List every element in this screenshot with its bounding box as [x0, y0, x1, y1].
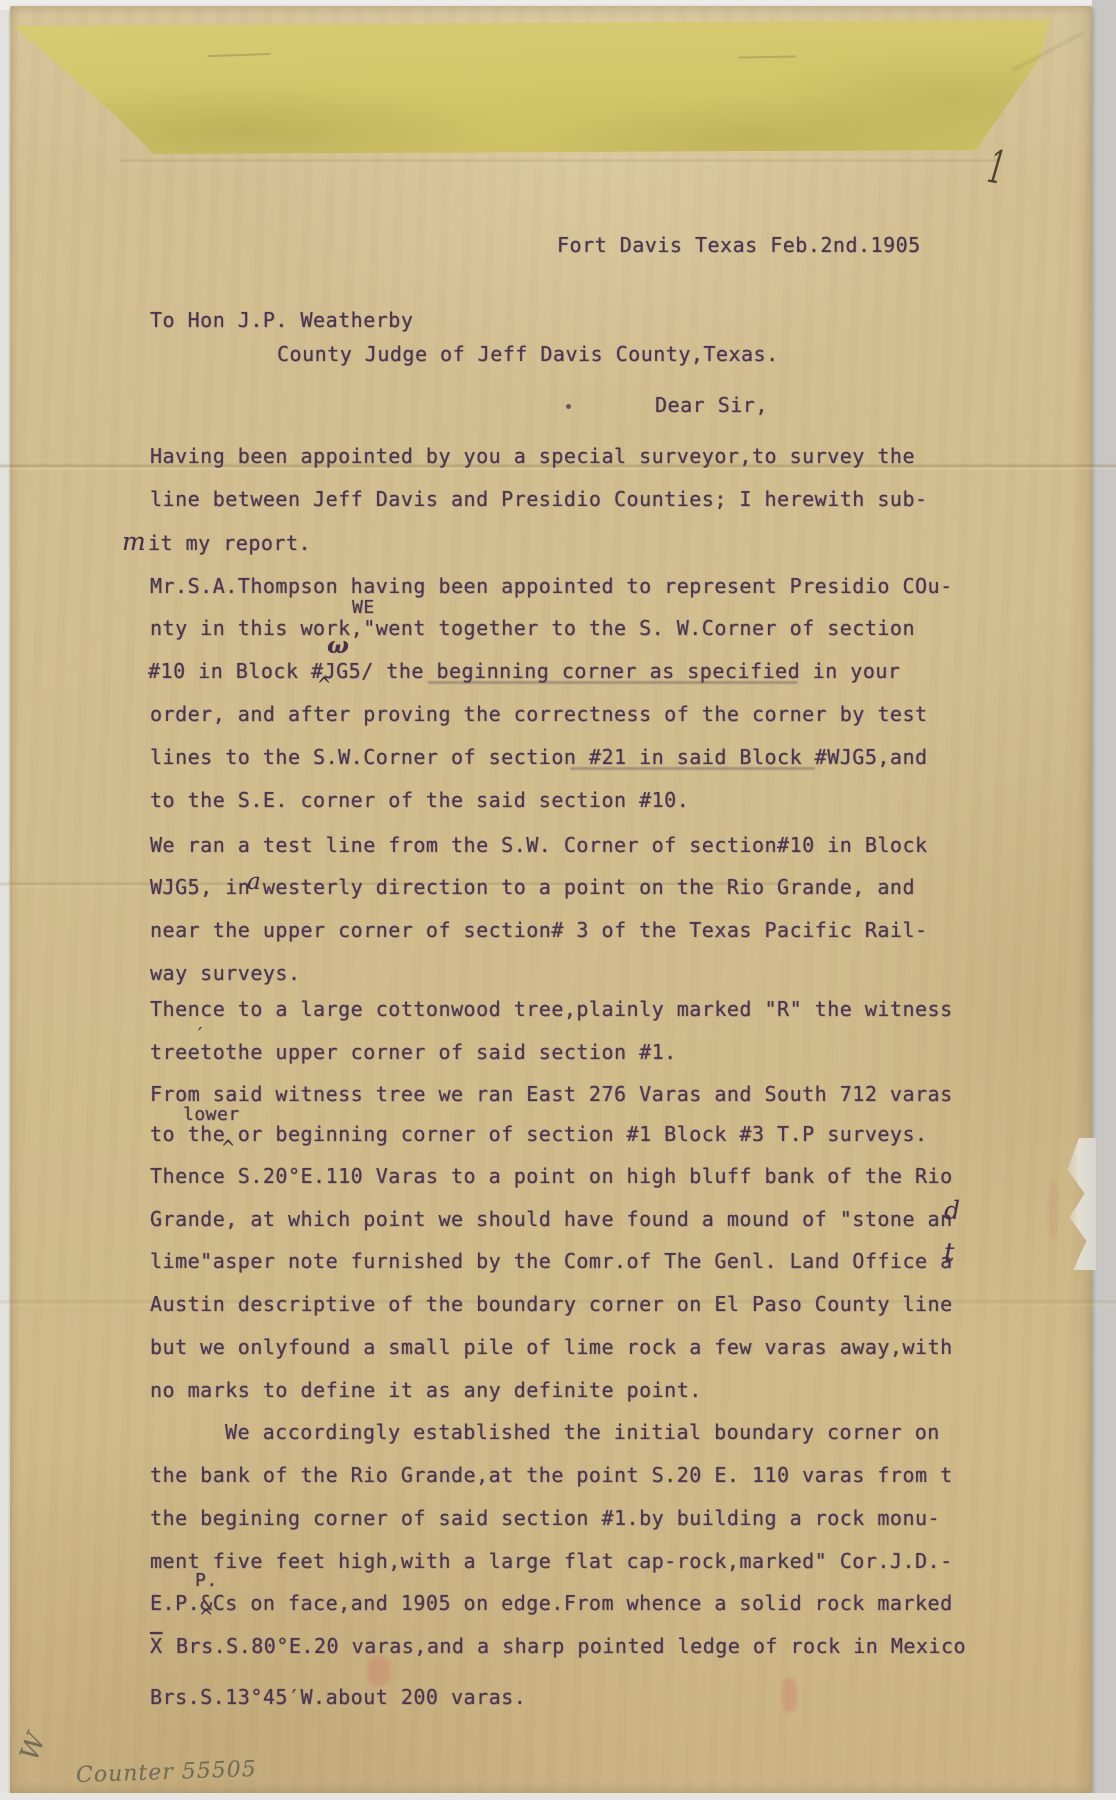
salutation: Dear Sir, — [655, 393, 768, 417]
stray-ink-dot — [566, 404, 571, 409]
recipient-title: County Judge of Jeff Davis County,Texas. — [277, 342, 779, 366]
scanned-letter-page: Fort Davis Texas Feb.2nd.1905 To Hon J.P… — [0, 0, 1116, 1800]
typed-line: #10 in Block #JG5/ the beginning corner … — [148, 659, 900, 683]
typed-line: but we onlyfound a small pile of lime ro… — [150, 1335, 953, 1359]
recipient-name: To Hon J.P. Weatherby — [150, 308, 413, 332]
handwritten-t: t — [944, 1238, 954, 1268]
typed-line: way surveys. — [150, 961, 301, 985]
scan-background-right — [1092, 0, 1116, 1800]
typed-line: lines to the S.W.Corner of section #21 i… — [150, 745, 928, 769]
typed-line: E.P.&Cs on face,and 1905 on edge.From wh… — [150, 1591, 953, 1615]
typed-line: order, and after proving the correctness… — [150, 702, 928, 726]
typed-line: We ran a test line from the S.W. Corner … — [150, 833, 928, 857]
typed-line: Brs.S.13°45′W.about 200 varas. — [150, 1685, 526, 1709]
typed-insertion-we: WE — [352, 597, 375, 618]
pink-smudge — [368, 1656, 390, 1686]
typed-line: Thence to a large cottonwood tree,plainl… — [150, 997, 953, 1021]
ink-smear — [570, 767, 815, 770]
typed-line: We accordingly established the initial b… — [225, 1420, 940, 1444]
typed-line: to the or beginning corner of section #1… — [150, 1122, 928, 1146]
typed-line: Brs.S.80°E.20 varas,and a sharp pointed … — [176, 1634, 966, 1658]
typed-line: no marks to define it as any definite po… — [150, 1378, 702, 1402]
typed-line: Thence S.20°E.110 Varas to a point on hi… — [150, 1164, 953, 1188]
handwritten-w-omega: ω — [327, 632, 349, 659]
handwritten-m: m — [122, 527, 146, 556]
handwritten-a: a — [247, 869, 261, 895]
typed-insertion-p: P. — [195, 1570, 218, 1591]
handwritten-caret: ^ — [199, 1606, 213, 1631]
flap-edge-shadow — [120, 158, 1000, 165]
ink-smear — [428, 681, 798, 684]
scan-background-bottom — [0, 1793, 1116, 1800]
typed-line: WJG5, in westerly direction to a point o… — [150, 875, 915, 899]
typed-line: Grande, at which point we should have fo… — [150, 1207, 953, 1231]
typed-line: From said witness tree we ran East 276 V… — [150, 1082, 953, 1106]
typed-line: ment five feet high,with a large flat ca… — [150, 1549, 953, 1573]
typed-line: Austin descriptive of the boundary corne… — [150, 1292, 953, 1316]
handwritten-caret: ^ — [317, 674, 331, 699]
typed-line: near the upper corner of section# 3 of t… — [150, 918, 928, 942]
typed-line: lime"asper note furnished by the Comr.of… — [150, 1249, 953, 1273]
pink-smudge — [1048, 1180, 1058, 1240]
typed-line: it my report. — [148, 531, 311, 555]
typed-line: the bank of the Rio Grande,at the point … — [150, 1463, 953, 1487]
typed-line: Mr.S.A.Thompson having been appointed to… — [150, 574, 953, 598]
typed-line: line between Jeff Davis and Presidio Cou… — [150, 487, 928, 511]
typed-x-marker: X — [150, 1634, 163, 1658]
typed-line: nty in this work,"went together to the S… — [150, 616, 915, 640]
envelope-flap — [4, 8, 1080, 160]
dateline: Fort Davis Texas Feb.2nd.1905 — [557, 233, 921, 257]
typed-line: the begining corner of said section #1.b… — [150, 1506, 940, 1530]
typed-line: Having been appointed by you a special s… — [150, 444, 915, 468]
handwritten-d: d — [944, 1196, 960, 1225]
handwritten-caret: ^ — [221, 1137, 235, 1162]
typed-line: treetothe upper corner of said section #… — [150, 1040, 677, 1064]
typed-line: to the S.E. corner of the said section #… — [150, 788, 689, 812]
pink-smudge — [782, 1678, 797, 1712]
